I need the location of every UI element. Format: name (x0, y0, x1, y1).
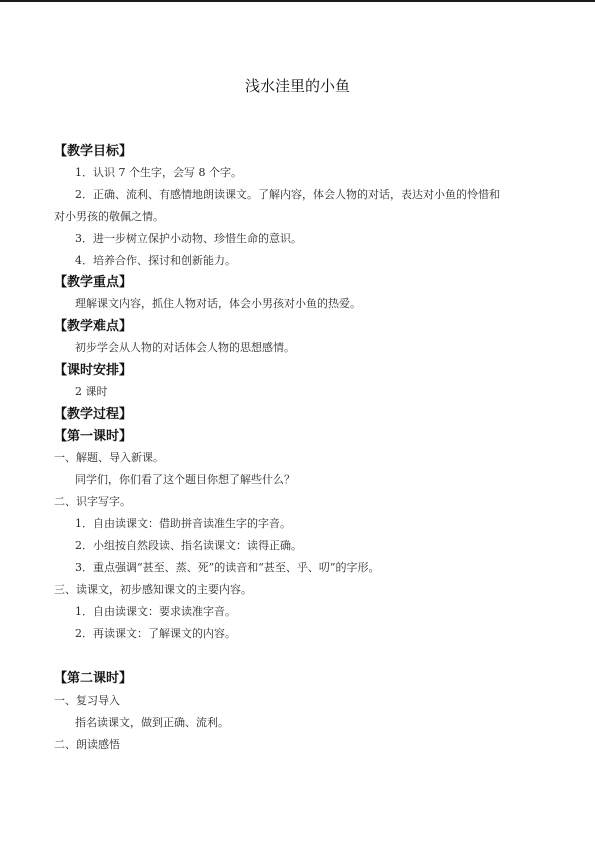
objective-item-3: 3．进一步树立保护小动物、珍惜生命的意识。 (75, 232, 302, 246)
objective-item-4: 4．培养合作、探讨和创新能力。 (75, 254, 236, 268)
lesson2-step-1: 一、复习导入 (54, 694, 120, 708)
heading-key-points: 【教学重点】 (54, 275, 132, 291)
lesson1-step-2-item-2: 2．小组按自然段读、指名读课文：读得正确。 (75, 539, 302, 553)
objective-item-1: 1．认识 7 个生字，会写 8 个字。 (75, 166, 242, 180)
difficulties-text: 初步学会从人物的对话体会人物的思想感情。 (75, 341, 295, 355)
heading-objectives: 【教学目标】 (54, 144, 132, 160)
heading-lesson-2: 【第二课时】 (54, 671, 132, 687)
lesson2-step-2: 二、朗读感悟 (54, 738, 120, 752)
heading-process: 【教学过程】 (54, 407, 132, 423)
objective-item-2-continued: 对小男孩的敬佩之情。 (54, 210, 164, 224)
lesson1-step-3-item-2: 2．再读课文：了解课文的内容。 (75, 627, 236, 641)
heading-lesson-1: 【第一课时】 (54, 429, 132, 445)
lesson1-step-1: 一、解题、导入新课。 (54, 451, 164, 465)
lesson1-step-3-item-1: 1．自由读课文：要求读准字音。 (75, 605, 236, 619)
page-top-border (0, 0, 595, 2)
heading-schedule: 【课时安排】 (54, 363, 132, 379)
objective-item-2: 2．正确、流利、有感情地朗读课文。了解内容，体会人物的对话，表达对小鱼的怜惜和 (75, 188, 500, 202)
schedule-text: 2 课时 (75, 385, 108, 399)
lesson1-step-1-text: 同学们，你们看了这个题目你想了解些什么？ (75, 473, 295, 487)
lesson1-step-2-item-1: 1．自由读课文：借助拼音读准生字的字音。 (75, 517, 291, 531)
key-points-text: 理解课文内容，抓住人物对话，体会小男孩对小鱼的热爱。 (75, 297, 361, 311)
lesson1-step-2-item-3: 3．重点强调“甚至、蒸、死”的读音和“甚至、乎、叨”的字形。 (75, 561, 380, 575)
lesson2-step-1-text: 指名读课文，做到正确、流利。 (75, 716, 229, 730)
document-title: 浅水洼里的小鱼 (0, 75, 595, 96)
heading-difficulties: 【教学难点】 (54, 319, 132, 335)
lesson1-step-2: 二、识字写字。 (54, 495, 131, 509)
lesson1-step-3: 三、读课文，初步感知课文的主要内容。 (54, 583, 252, 597)
